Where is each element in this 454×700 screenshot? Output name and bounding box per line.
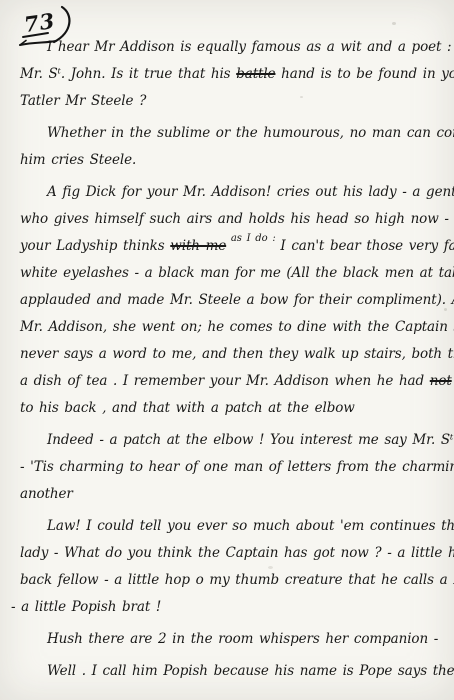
page-number: 73: [22, 8, 56, 37]
line-text: A fig Dick for your Mr. Addison! cries o…: [47, 184, 454, 200]
line-text: applauded and made Mr. Steele a bow for …: [20, 292, 454, 308]
manuscript-line: - 'Tis charming to hear of one man of le…: [20, 454, 444, 481]
manuscript-line: Mr. Sᵗ. John. Is it true that his battle…: [20, 61, 444, 88]
manuscript-line: - a little Popish brat !: [11, 594, 444, 621]
manuscript-line: your Ladyship thinks with me as I do : I…: [20, 233, 444, 260]
line-text: back fellow - a little hop o my thumb cr…: [20, 572, 454, 588]
scan-speckle: [392, 22, 396, 25]
line-text: I can't bear those very fair men with: [280, 238, 454, 254]
line-text: lady - What do you think the Captain has…: [20, 545, 454, 561]
line-text: Mr. Addison, she went on; he comes to di…: [20, 319, 454, 335]
line-text: I hear Mr Addison is equally famous as a…: [47, 39, 454, 55]
line-text: another: [20, 486, 73, 502]
struck-out-word: with me: [170, 238, 226, 254]
line-text: - 'Tis charming to hear of one man of le…: [20, 459, 454, 475]
manuscript-line: Tatler Mr Steele ?: [20, 88, 444, 115]
manuscript-lines: I hear Mr Addison is equally famous as a…: [20, 34, 444, 685]
line-text: white eyelashes - a black man for me (Al…: [20, 265, 454, 281]
manuscript-line: a dish of tea . I remember your Mr. Addi…: [20, 368, 444, 395]
struck-out-word: battle: [236, 66, 275, 82]
manuscript-line: Law! I could tell you ever so much about…: [20, 513, 444, 540]
line-text: - a little Popish brat !: [11, 599, 161, 615]
manuscript-line: him cries Steele.: [20, 147, 444, 174]
line-text: Hush there are 2 in the room whispers he…: [47, 631, 438, 647]
line-text: never says a word to me, and then they w…: [20, 346, 454, 362]
manuscript-line: A fig Dick for your Mr. Addison! cries o…: [20, 179, 444, 206]
manuscript-line: Whether in the sublime or the humourous,…: [20, 120, 444, 147]
manuscript-line: never says a word to me, and then they w…: [20, 341, 444, 368]
line-text: Law! I could tell you ever so much about…: [47, 518, 454, 534]
line-text: Well . I call him Popish because his nam…: [47, 663, 454, 679]
line-text: a dish of tea . I remember your Mr. Addi…: [20, 373, 430, 389]
manuscript-line: lady - What do you think the Captain has…: [20, 540, 444, 567]
line-text: your Ladyship thinks: [20, 238, 170, 254]
line-text: him cries Steele.: [20, 152, 136, 168]
scan-speckle: [444, 308, 447, 311]
line-text: Mr. Sᵗ. John. Is it true that his: [20, 66, 236, 82]
manuscript-line: another: [20, 481, 444, 508]
struck-out-word: not: [430, 373, 452, 389]
manuscript-line: to his back , and that with a patch at t…: [20, 395, 444, 422]
manuscript-line: who gives himself such airs and holds hi…: [20, 206, 444, 233]
line-text: Indeed - a patch at the elbow ! You inte…: [47, 432, 454, 448]
line-text: to his back , and that with a patch at t…: [20, 400, 355, 416]
page-number-mark: 73: [10, 4, 94, 58]
manuscript-line: Indeed - a patch at the elbow ! You inte…: [20, 427, 444, 454]
manuscript-line: Mr. Addison, she went on; he comes to di…: [20, 314, 444, 341]
manuscript-line: applauded and made Mr. Steele a bow for …: [20, 287, 444, 314]
manuscript-page: 73 I hear Mr Addison is equally famous a…: [0, 0, 454, 700]
line-text: hand is to be found in your: [275, 66, 454, 82]
manuscript-line: Hush there are 2 in the room whispers he…: [20, 626, 444, 653]
line-text: Tatler Mr Steele ?: [20, 93, 146, 109]
manuscript-line: Well . I call him Popish because his nam…: [20, 658, 444, 685]
manuscript-line: back fellow - a little hop o my thumb cr…: [20, 567, 444, 594]
manuscript-line: white eyelashes - a black man for me (Al…: [20, 260, 444, 287]
line-text: Whether in the sublime or the humourous,…: [47, 125, 454, 141]
line-text: who gives himself such airs and holds hi…: [20, 211, 454, 227]
interlinear-insertion: as I do :: [226, 233, 280, 244]
